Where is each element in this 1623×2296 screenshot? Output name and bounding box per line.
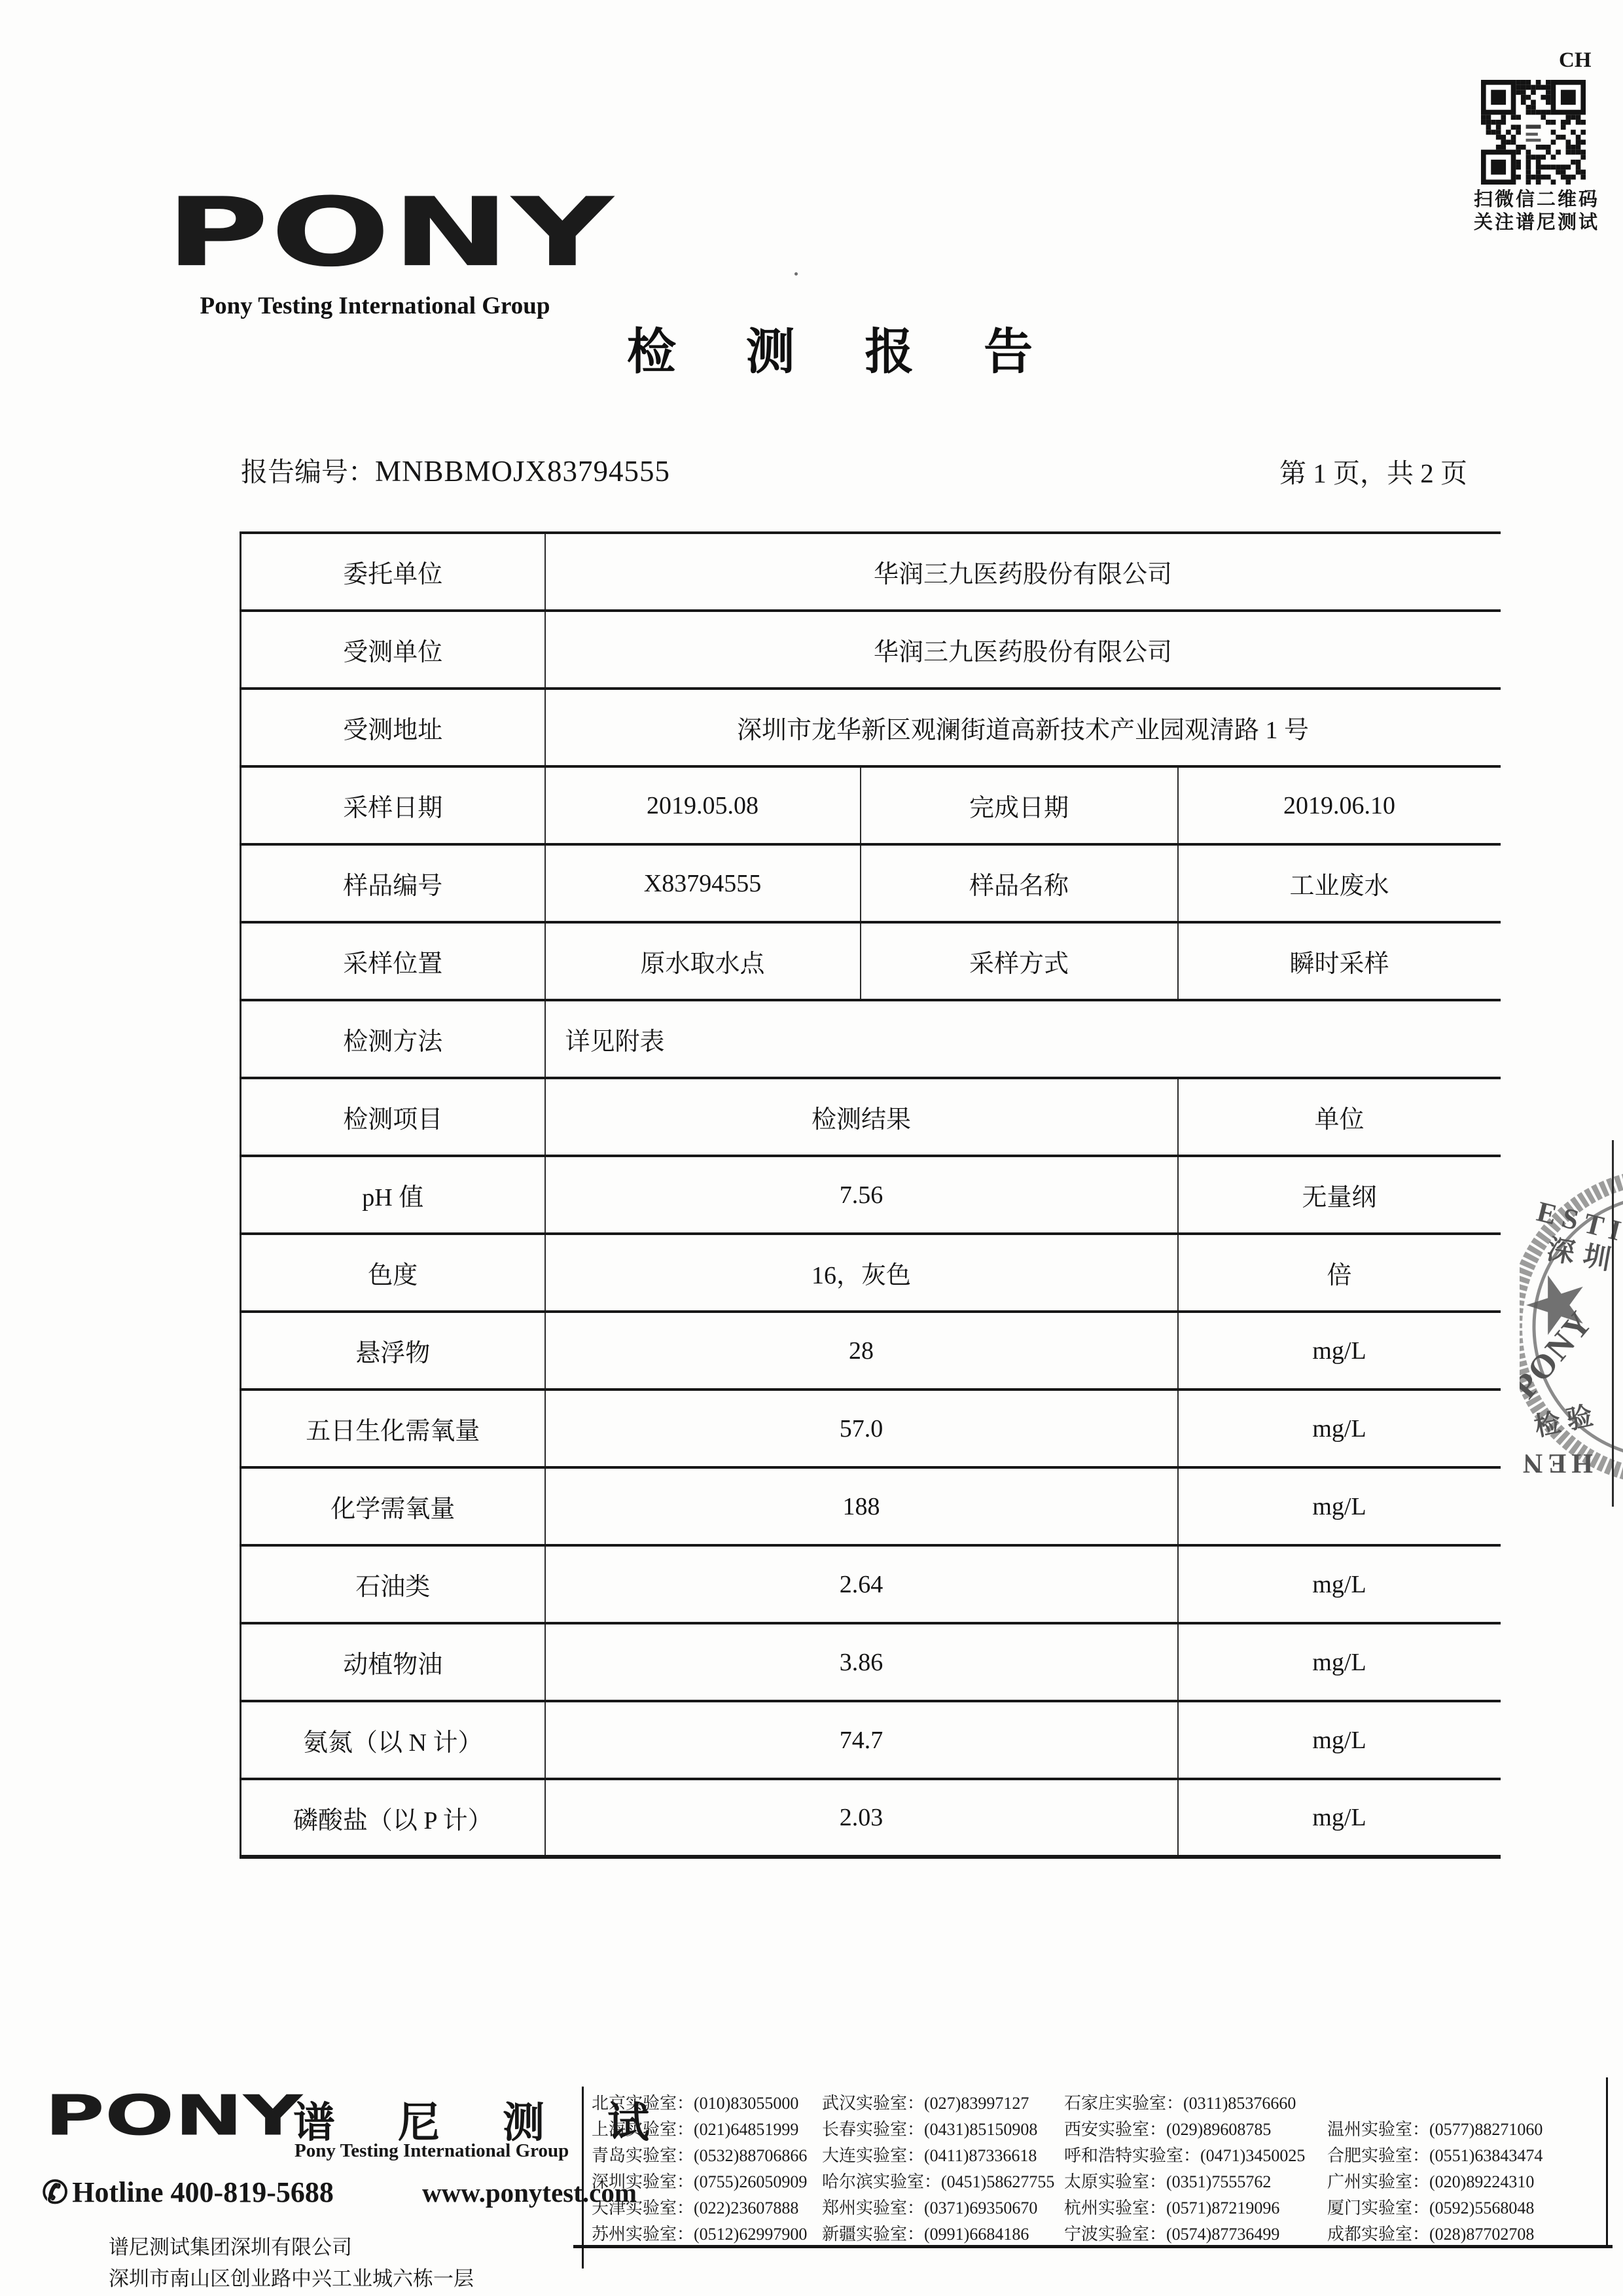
cell-value: X83794555 [545, 844, 861, 922]
report-number: 报告编号：MNBBMOJX83794555 [241, 450, 670, 489]
report-page: PONY Pony Testing International Group 检 … [0, 0, 1623, 2296]
qr-caption: 扫微信二维码 关注谱尼测试 [1474, 188, 1599, 234]
cell-unit: mg/L [1178, 1467, 1501, 1545]
lab-entry: 合肥实验室：(0551)63843474 [1327, 2143, 1607, 2169]
lab-column: 北京实验室：(010)83055000 上海实验室：(021)64851999 … [592, 2090, 822, 2248]
cell-item: 磷酸盐（以 P 计） [241, 1779, 545, 1857]
table-row: 动植物油 3.86 mg/L [241, 1623, 1501, 1701]
cell-value: 深圳市龙华新区观澜街道高新技术产业园观清路 1 号 [545, 689, 1501, 766]
cell-unit: 无量纲 [1178, 1156, 1501, 1234]
language-tag: CH [1559, 48, 1592, 73]
lab-contact-list: 北京实验室：(010)83055000 上海实验室：(021)64851999 … [592, 2090, 1607, 2248]
cell-label: 受测单位 [241, 611, 545, 689]
cell-item: 石油类 [241, 1545, 545, 1623]
cell-result: 2.03 [545, 1779, 1178, 1857]
cell-item: 氨氮（以 N 计） [241, 1701, 545, 1779]
lab-entry: 新疆实验室：(0991)6684186 [822, 2221, 1064, 2248]
phone-icon: ✆ [42, 2176, 68, 2210]
lab-entry: 温州实验室：(0577)88271060 [1327, 2117, 1607, 2143]
cell-unit: mg/L [1178, 1312, 1501, 1390]
cell-result: 28 [545, 1312, 1178, 1390]
lab-entry: 青岛实验室：(0532)88706866 [592, 2143, 822, 2169]
footer-divider-line [582, 2087, 584, 2269]
lab-entry: 哈尔滨实验室：(0451)58627755 [822, 2169, 1064, 2195]
cell-value: 详见附表 [545, 1000, 1501, 1078]
table-row: 检测方法 详见附表 [241, 1000, 1501, 1078]
table-row: 色度 16，灰色 倍 [241, 1234, 1501, 1312]
cell-header-item: 检测项目 [241, 1078, 545, 1156]
cell-label: 采样日期 [241, 766, 545, 844]
stamp-text-hen: HEN [1520, 1448, 1593, 1478]
lab-entry: 大连实验室：(0411)87336618 [822, 2143, 1064, 2169]
cell-label: 受测地址 [241, 689, 545, 766]
qr-caption-line2: 关注谱尼测试 [1474, 211, 1599, 234]
lab-entry: 成都实验室：(028)87702708 [1327, 2221, 1607, 2248]
lab-entry: 苏州实验室：(0512)62997900 [592, 2221, 822, 2248]
cell-label: 完成日期 [861, 766, 1178, 844]
footer-address: 深圳市南山区创业路中兴工业城六栋一层 [109, 2262, 474, 2291]
page-indicator: 第 1 页，共 2 页 [1279, 452, 1467, 490]
table-row: 检测项目 检测结果 单位 [241, 1078, 1501, 1156]
footer-subtitle: Pony Testing International Group [294, 2140, 569, 2162]
cell-header-unit: 单位 [1178, 1078, 1501, 1156]
cell-label: 采样方式 [861, 922, 1178, 1000]
cell-label: 委托单位 [241, 533, 545, 611]
company-stamp: ESTI 深圳 PONY 检验 HEN [1520, 1140, 1623, 1507]
lab-entry: 广州实验室：(020)89224310 [1327, 2169, 1607, 2195]
table-row: 委托单位 华润三九医药股份有限公司 [241, 533, 1501, 611]
table-row: 石油类 2.64 mg/L [241, 1545, 1501, 1623]
cell-result: 57.0 [545, 1390, 1178, 1467]
lab-entry: 宁波实验室：(0574)87736499 [1064, 2221, 1327, 2248]
cell-value: 2019.06.10 [1178, 766, 1501, 844]
cell-value: 瞬时采样 [1178, 922, 1501, 1000]
lab-entry: 长春实验室：(0431)85150908 [822, 2117, 1064, 2143]
cell-item: 色度 [241, 1234, 545, 1312]
table-row: 磷酸盐（以 P 计） 2.03 mg/L [241, 1779, 1501, 1857]
cell-value: 华润三九医药股份有限公司 [545, 533, 1501, 611]
cell-value: 工业废水 [1178, 844, 1501, 922]
cell-unit: mg/L [1178, 1779, 1501, 1857]
cell-result: 3.86 [545, 1623, 1178, 1701]
table-row: 五日生化需氧量 57.0 mg/L [241, 1390, 1501, 1467]
qr-caption-line1: 扫微信二维码 [1474, 188, 1599, 211]
cell-item: 悬浮物 [241, 1312, 545, 1390]
table-row: 受测单位 华润三九医药股份有限公司 [241, 611, 1501, 689]
cell-value: 华润三九医药股份有限公司 [545, 611, 1501, 689]
footer-pony-logo: PONY [45, 2088, 302, 2144]
cell-unit: mg/L [1178, 1701, 1501, 1779]
report-table: 委托单位 华润三九医药股份有限公司 受测单位 华润三九医药股份有限公司 受测地址… [240, 531, 1501, 1859]
cell-item: 化学需氧量 [241, 1467, 545, 1545]
lab-entry: 杭州实验室：(0571)87219096 [1064, 2195, 1327, 2221]
table-row: 采样位置 原水取水点 采样方式 瞬时采样 [241, 922, 1501, 1000]
cell-header-result: 检测结果 [545, 1078, 1178, 1156]
cell-result: 74.7 [545, 1701, 1178, 1779]
lab-column: 武汉实验室：(027)83997127 长春实验室：(0431)85150908… [822, 2090, 1064, 2248]
cell-unit: mg/L [1178, 1623, 1501, 1701]
cell-value: 原水取水点 [545, 922, 861, 1000]
lab-entry: 太原实验室：(0351)7555762 [1064, 2169, 1327, 2195]
table-row: 采样日期 2019.05.08 完成日期 2019.06.10 [241, 766, 1501, 844]
lab-entry: 上海实验室：(021)64851999 [592, 2117, 822, 2143]
lab-entry: 郑州实验室：(0371)69350670 [822, 2195, 1064, 2221]
cell-label: 样品编号 [241, 844, 545, 922]
lab-column: 石家庄实验室：(0311)85376660 西安实验室：(029)8960878… [1064, 2090, 1327, 2248]
cell-item: 五日生化需氧量 [241, 1390, 545, 1467]
lab-entry: 北京实验室：(010)83055000 [592, 2090, 822, 2117]
table-row: pH 值 7.56 无量纲 [241, 1156, 1501, 1234]
qr-code [1481, 80, 1586, 185]
hotline: ✆Hotline 400-819-5688 [42, 2174, 334, 2211]
lab-column: 温州实验室：(0577)88271060 合肥实验室：(0551)6384347… [1327, 2090, 1607, 2248]
table-row: 氨氮（以 N 计） 74.7 mg/L [241, 1701, 1501, 1779]
scan-speck [794, 272, 798, 276]
cell-label: 样品名称 [861, 844, 1178, 922]
lab-entry [1327, 2090, 1607, 2117]
cell-value: 2019.05.08 [545, 766, 861, 844]
lab-entry: 厦门实验室：(0592)5568048 [1327, 2195, 1607, 2221]
table-row: 样品编号 X83794555 样品名称 工业废水 [241, 844, 1501, 922]
cell-label: 检测方法 [241, 1000, 545, 1078]
pony-logo: PONY [166, 185, 615, 280]
footer-company-name: 谱尼测试集团深圳有限公司 [109, 2231, 352, 2260]
scan-edge-line [1612, 1140, 1614, 1507]
stamp-text-pony: PONY [1520, 1304, 1600, 1406]
hotline-number: Hotline 400-819-5688 [72, 2176, 334, 2208]
lab-entry: 呼和浩特实验室：(0471)3450025 [1064, 2143, 1327, 2169]
cell-unit: mg/L [1178, 1545, 1501, 1623]
lab-entry: 武汉实验室：(027)83997127 [822, 2090, 1064, 2117]
lab-entry: 天津实验室：(022)23607888 [592, 2195, 822, 2221]
page-title: 检 测 报 告 [33, 313, 1623, 383]
cell-result: 16，灰色 [545, 1234, 1178, 1312]
table-row: 受测地址 深圳市龙华新区观澜街道高新技术产业园观清路 1 号 [241, 689, 1501, 766]
cell-unit: 倍 [1178, 1234, 1501, 1312]
table-row: 悬浮物 28 mg/L [241, 1312, 1501, 1390]
cell-result: 2.64 [545, 1545, 1178, 1623]
lab-entry: 石家庄实验室：(0311)85376660 [1064, 2090, 1327, 2117]
lab-entry: 西安实验室：(029)89608785 [1064, 2117, 1327, 2143]
cell-label: 采样位置 [241, 922, 545, 1000]
cell-result: 188 [545, 1467, 1178, 1545]
cell-unit: mg/L [1178, 1390, 1501, 1467]
cell-result: 7.56 [545, 1156, 1178, 1234]
lab-entry: 深圳实验室：(0755)26050909 [592, 2169, 822, 2195]
cell-item: pH 值 [241, 1156, 545, 1234]
report-number-label: 报告编号： [241, 457, 375, 487]
report-number-value: MNBBMOJX83794555 [375, 455, 670, 488]
table-row: 化学需氧量 188 mg/L [241, 1467, 1501, 1545]
cell-item: 动植物油 [241, 1623, 545, 1701]
